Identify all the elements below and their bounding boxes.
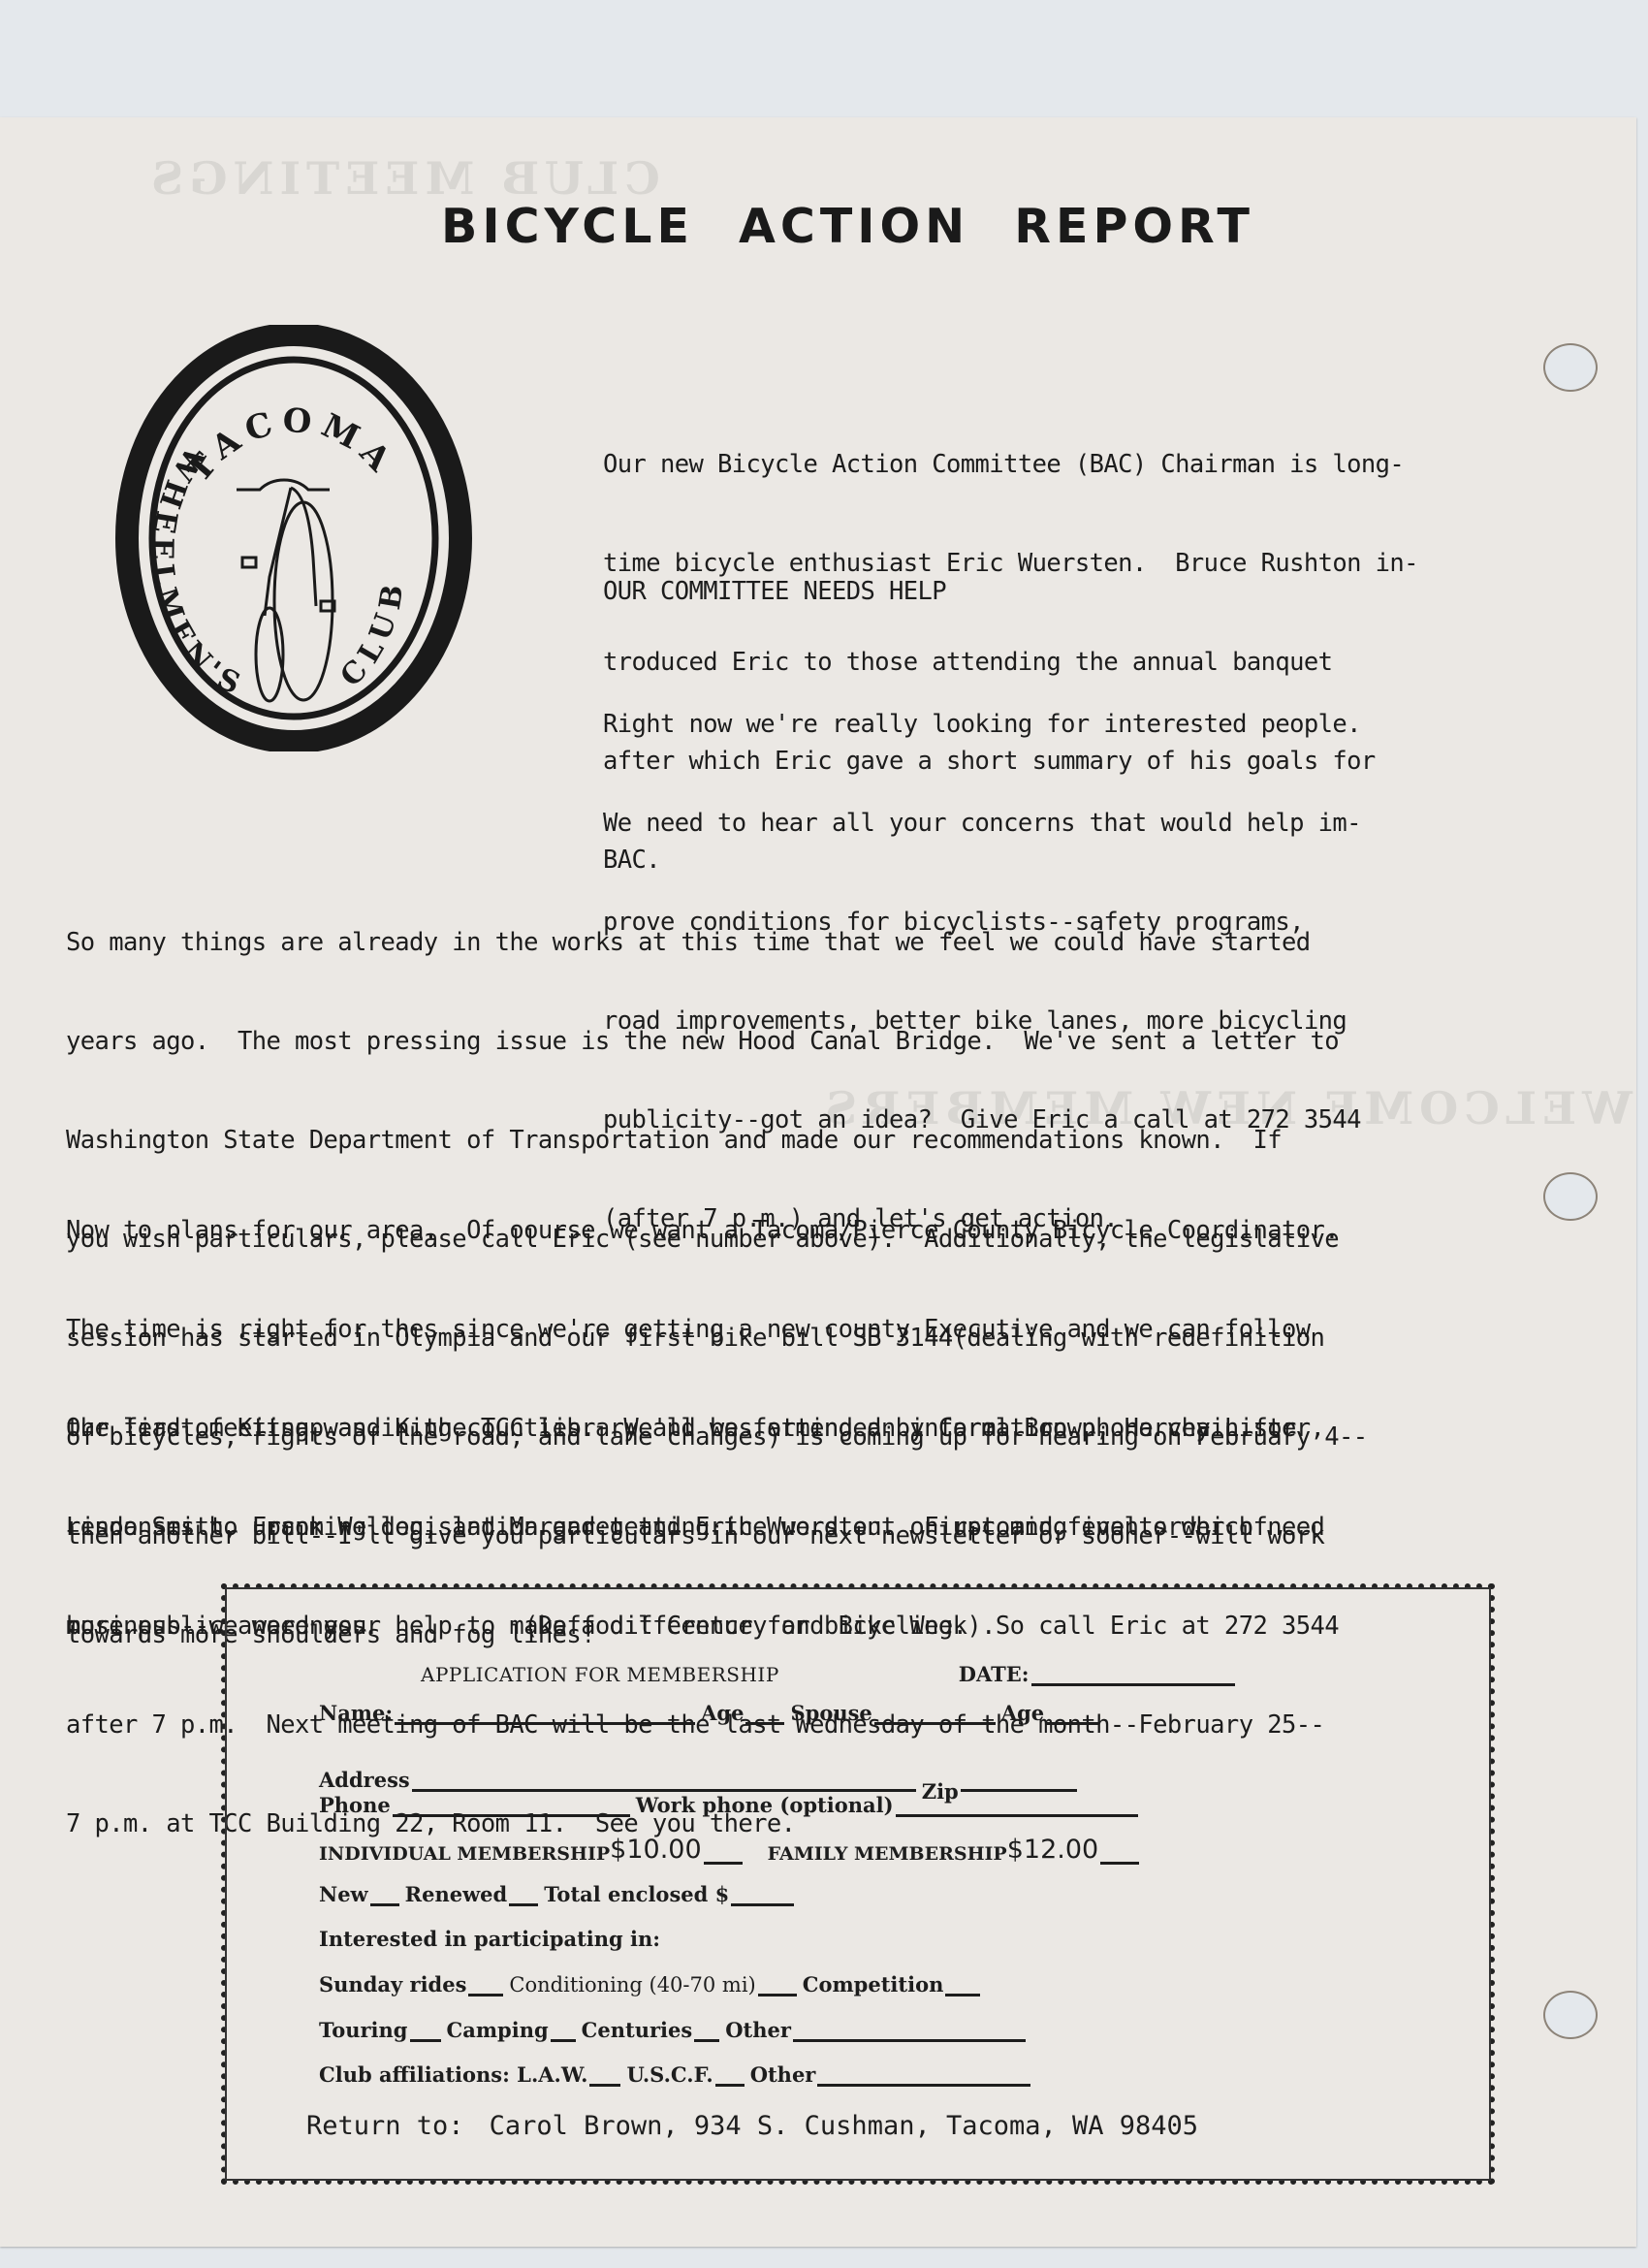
- age-label: Age: [701, 1701, 744, 1725]
- camping-label: Camping: [447, 2018, 549, 2042]
- phone-label: Phone: [319, 1793, 391, 1817]
- page-title: BICYCLE ACTION REPORT: [441, 199, 1314, 254]
- individual-membership-label: INDIVIDUAL MEMBERSHIP: [319, 1843, 610, 1865]
- spouse-field[interactable]: [874, 1701, 996, 1725]
- zip-field[interactable]: [961, 1768, 1077, 1792]
- logo-right-text: CLUB: [334, 575, 412, 693]
- address-field[interactable]: [412, 1768, 916, 1792]
- touring-field[interactable]: [410, 2018, 441, 2042]
- tacoma-wheelmens-club-logo: TACOMA WHEELMEN'S CLUB: [114, 325, 473, 751]
- renewed-label: Renewed: [405, 1882, 508, 1906]
- name-label: Name:: [319, 1701, 393, 1725]
- centuries-label: Centuries: [582, 2018, 693, 2042]
- law-field[interactable]: [589, 2062, 620, 2087]
- family-membership-label: FAMILY MEMBERSHIP: [768, 1843, 1007, 1865]
- new-field[interactable]: [370, 1882, 399, 1906]
- other-affiliation-field[interactable]: [817, 2062, 1030, 2087]
- date-label: DATE:: [959, 1662, 1030, 1686]
- punch-hole: [1543, 1172, 1598, 1221]
- punch-hole: [1543, 343, 1598, 392]
- punch-hole: [1543, 1991, 1598, 2039]
- svg-text:TACOMA: TACOMA: [179, 401, 403, 491]
- uscf-label: U.S.C.F.: [626, 2062, 713, 2087]
- family-membership-price: $12.00: [1007, 1835, 1098, 1865]
- total-enclosed-field[interactable]: [731, 1882, 794, 1906]
- centuries-field[interactable]: [694, 2018, 719, 2042]
- bleed-through-heading: CLUB MEETINGS: [145, 163, 660, 195]
- section-subheading: OUR COMMITTEE NEEDS HELP: [603, 575, 946, 608]
- return-address: Carol Brown, 934 S. Cushman, Tacoma, WA …: [490, 2111, 1199, 2141]
- return-to-label: Return to:: [306, 2111, 464, 2141]
- membership-application-form: APPLICATION FOR MEMBERSHIP DATE: Name: A…: [221, 1583, 1495, 2185]
- sunday-rides-field[interactable]: [468, 1972, 503, 1996]
- spouse-age-field[interactable]: [1046, 1701, 1099, 1725]
- interests-label: Interested in participating in:: [319, 1927, 660, 1951]
- date-field[interactable]: [1031, 1662, 1235, 1686]
- name-field[interactable]: [395, 1701, 695, 1725]
- work-phone-label: Work phone (optional): [636, 1793, 894, 1817]
- spouse-label: Spouse: [790, 1701, 872, 1725]
- club-affiliations-label: Club affiliations: L.A.W.: [319, 2062, 587, 2087]
- other-affiliation-label: Other: [750, 2062, 816, 2087]
- competition-label: Competition: [803, 1972, 944, 1996]
- age-field[interactable]: [745, 1701, 784, 1725]
- conditioning-field[interactable]: [758, 1972, 797, 1996]
- uscf-field[interactable]: [715, 2062, 745, 2087]
- sunday-rides-label: Sunday rides: [319, 1972, 466, 1996]
- total-enclosed-label: Total enclosed $: [544, 1882, 729, 1906]
- svg-text:CLUB: CLUB: [334, 575, 412, 693]
- work-phone-field[interactable]: [896, 1793, 1138, 1817]
- address-label: Address: [319, 1768, 410, 1792]
- family-membership-field[interactable]: [1100, 1840, 1139, 1865]
- touring-label: Touring: [319, 2018, 408, 2042]
- spouse-age-label: Age: [1001, 1701, 1044, 1725]
- renewed-field[interactable]: [509, 1882, 538, 1906]
- other-interest-field[interactable]: [793, 2018, 1026, 2042]
- other-interest-label: Other: [725, 2018, 791, 2042]
- new-label: New: [319, 1882, 368, 1906]
- individual-membership-field[interactable]: [704, 1840, 743, 1865]
- penny-farthing-bicycle-icon: [237, 480, 334, 701]
- competition-field[interactable]: [945, 1972, 980, 1996]
- phone-field[interactable]: [393, 1793, 630, 1817]
- logo-top-text: TACOMA: [179, 401, 403, 491]
- individual-membership-price: $10.00: [610, 1835, 701, 1865]
- camping-field[interactable]: [551, 2018, 576, 2042]
- form-heading: APPLICATION FOR MEMBERSHIP: [421, 1663, 779, 1686]
- conditioning-label: Conditioning (40-70 mi): [509, 1973, 755, 1996]
